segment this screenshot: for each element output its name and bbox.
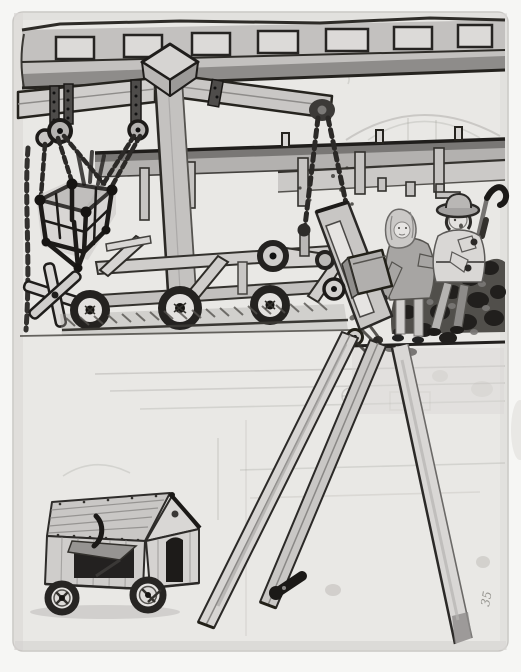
- hut-wheel: [48, 584, 76, 612]
- hut-wheel: [133, 580, 163, 610]
- hanging-chain: [26, 148, 28, 330]
- hoist-pulley: [324, 279, 344, 299]
- manuscript-scan: 35: [0, 0, 521, 672]
- manuscript-page: 35: [0, 0, 521, 672]
- carriage-wheel: [162, 290, 198, 326]
- page-number: 35: [478, 590, 494, 607]
- carriage-wheel: [254, 289, 286, 321]
